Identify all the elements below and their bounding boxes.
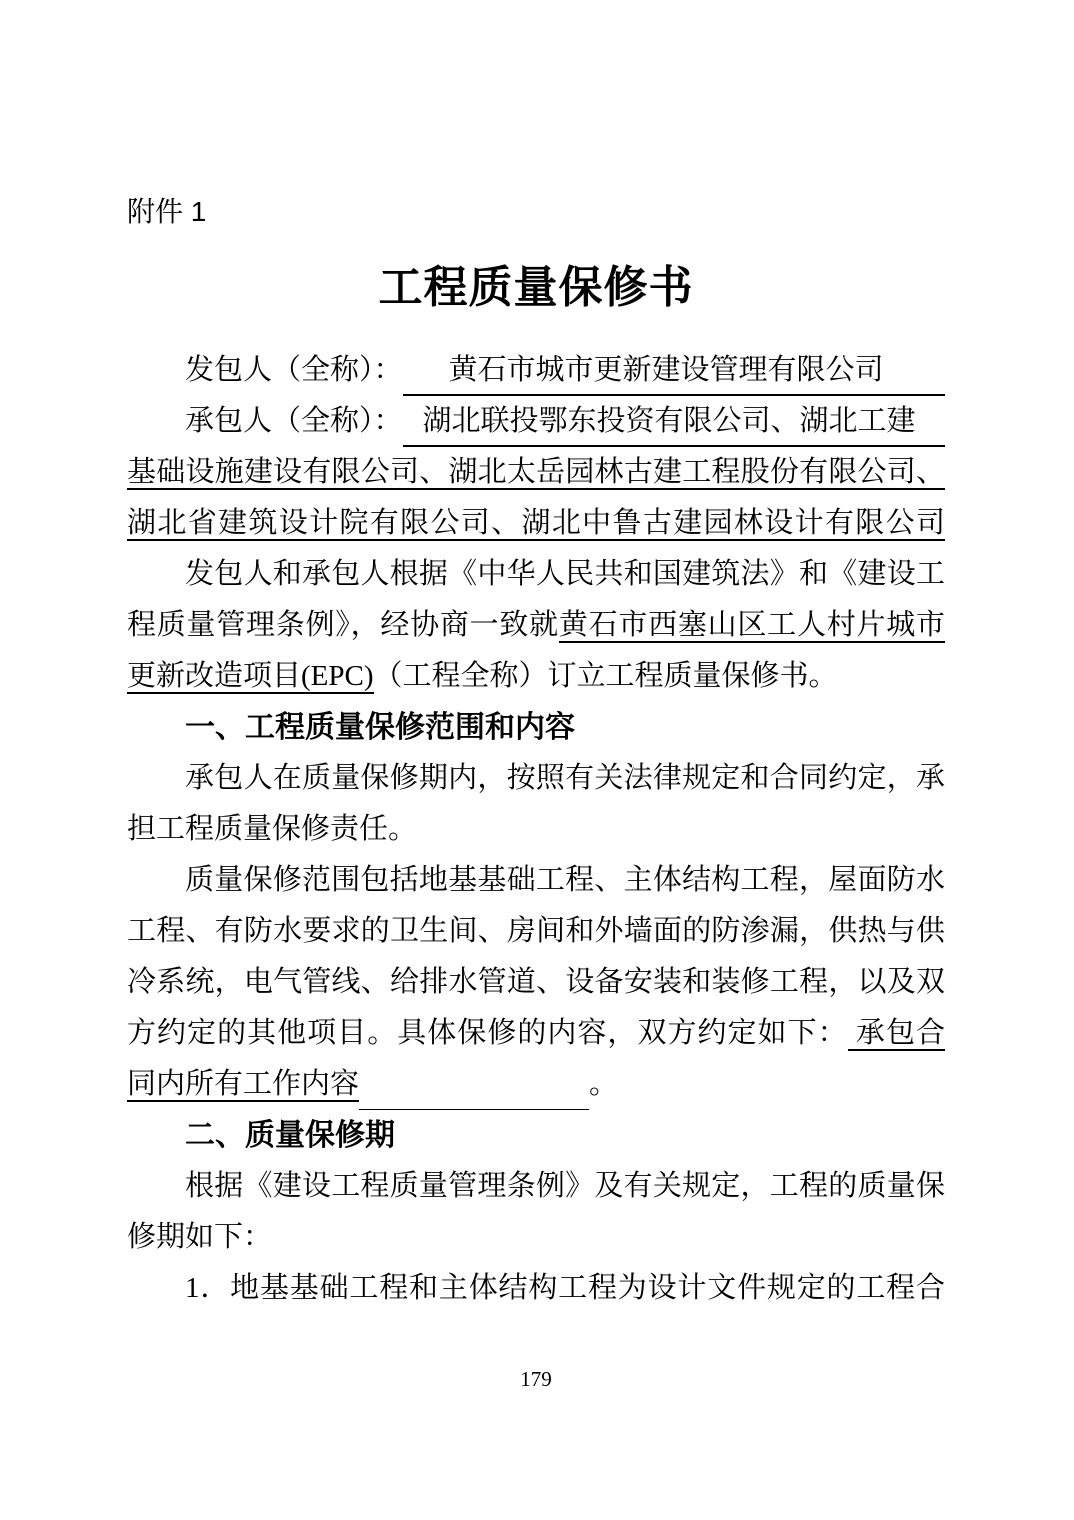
text-segment: 一、工程质量保修范围和内容 bbox=[185, 711, 575, 744]
text-segment: 担工程质量保修责任。 bbox=[127, 813, 417, 845]
text-segment: 方约定的其他项目。具体保修的内容，双方约定如下： bbox=[127, 1017, 848, 1049]
text-segment: 1．地基基础工程和主体结构工程为设计文件规定的工程合 bbox=[185, 1272, 945, 1304]
underlined-text: 更新改造项目(EPC) bbox=[127, 660, 374, 694]
section1-line-1: 承包人在质量保修期内，按照有关法律规定和合同约定，承 bbox=[127, 753, 945, 804]
contractor-line-3: 湖北省建筑设计院有限公司、湖北中鲁古建园林设计有限公司 bbox=[127, 498, 945, 549]
text-segment: （工程全称）订立工程质量保修书。 bbox=[374, 660, 838, 692]
section2-line-2: 修期如下： bbox=[127, 1212, 945, 1263]
text-segment: 承包人在质量保修期内，按照有关法律规定和合同约定，承 bbox=[185, 762, 945, 794]
text-segment: 质量保修范围包括地基基础工程、主体结构工程，屋面防水 bbox=[185, 864, 945, 896]
underlined-text: 承包合 bbox=[848, 1017, 945, 1051]
document-content: 附件 1 工程质量保修书 发包人（全称）：黄石市城市更新建设管理有限公司承包人（… bbox=[0, 0, 1074, 1392]
section2-item-1: 1．地基基础工程和主体结构工程为设计文件规定的工程合 bbox=[127, 1263, 945, 1314]
text-segment: 发包人（全称）： bbox=[185, 345, 403, 396]
text-segment: 修期如下： bbox=[127, 1221, 272, 1253]
contractor-line-2: 基础设施建设有限公司、湖北太岳园林古建工程股份有限公司、 bbox=[127, 447, 945, 498]
text-segment: 二、质量保修期 bbox=[185, 1119, 395, 1152]
underlined-text: 黄石市西塞山区工人村片城市 bbox=[559, 609, 945, 643]
section1-line-3: 质量保修范围包括地基基础工程、主体结构工程，屋面防水 bbox=[127, 855, 945, 906]
page-number: 179 bbox=[127, 1366, 945, 1392]
text-segment: 发包人和承包人根据《中华人民共和国建筑法》和《建设工 bbox=[185, 558, 945, 590]
document-body: 发包人（全称）：黄石市城市更新建设管理有限公司承包人（全称）：湖北联投鄂东投资有… bbox=[127, 345, 945, 1314]
section1-line-2: 担工程质量保修责任。 bbox=[127, 804, 945, 855]
intro-line-2: 程质量管理条例》，经协商一致就黄石市西塞山区工人村片城市 bbox=[127, 600, 945, 651]
text-segment: 工程、有防水要求的卫生间、房间和外墙面的防渗漏，供热与供 bbox=[127, 915, 945, 947]
blank-fill-in bbox=[359, 1075, 589, 1110]
section1-line-4: 工程、有防水要求的卫生间、房间和外墙面的防渗漏，供热与供 bbox=[127, 906, 945, 957]
intro-line-1: 发包人和承包人根据《中华人民共和国建筑法》和《建设工 bbox=[127, 549, 945, 600]
underlined-text: 同内所有工作内容 bbox=[127, 1068, 359, 1102]
document-page: 附件 1 工程质量保修书 发包人（全称）：黄石市城市更新建设管理有限公司承包人（… bbox=[0, 0, 1074, 1520]
text-segment: 承包人（全称）： bbox=[185, 396, 403, 447]
section2-line-1: 根据《建设工程质量管理条例》及有关规定，工程的质量保 bbox=[127, 1161, 945, 1212]
underlined-text: 基础设施建设有限公司、湖北太岳园林古建工程股份有限公司、 bbox=[127, 456, 945, 490]
underlined-text: 湖北省建筑设计院有限公司、湖北中鲁古建园林设计有限公司 bbox=[127, 507, 945, 541]
intro-line-3: 更新改造项目(EPC)（工程全称）订立工程质量保修书。 bbox=[127, 651, 945, 702]
employer-line: 发包人（全称）：黄石市城市更新建设管理有限公司 bbox=[127, 345, 945, 396]
text-segment: 根据《建设工程质量管理条例》及有关规定，工程的质量保 bbox=[185, 1170, 945, 1202]
text-segment: 冷系统，电气管线、给排水管道、设备安装和装修工程，以及双 bbox=[127, 966, 945, 998]
section1-line-6: 方约定的其他项目。具体保修的内容，双方约定如下： 承包合 bbox=[127, 1008, 945, 1059]
text-segment: 。 bbox=[589, 1068, 618, 1100]
contractor-line: 承包人（全称）：湖北联投鄂东投资有限公司、湖北工建 bbox=[127, 396, 945, 447]
section1-line-7: 同内所有工作内容。 bbox=[127, 1059, 945, 1110]
underlined-text: 黄石市城市更新建设管理有限公司 bbox=[403, 345, 945, 396]
section1-line-5: 冷系统，电气管线、给排水管道、设备安装和装修工程，以及双 bbox=[127, 957, 945, 1008]
attachment-label: 附件 1 bbox=[127, 196, 945, 228]
text-segment: 程质量管理条例》，经协商一致就 bbox=[127, 609, 559, 641]
document-title: 工程质量保修书 bbox=[127, 265, 945, 311]
underlined-text: 湖北联投鄂东投资有限公司、湖北工建 bbox=[403, 396, 945, 447]
section1-heading: 一、工程质量保修范围和内容 bbox=[127, 702, 945, 753]
section2-heading: 二、质量保修期 bbox=[127, 1110, 945, 1161]
